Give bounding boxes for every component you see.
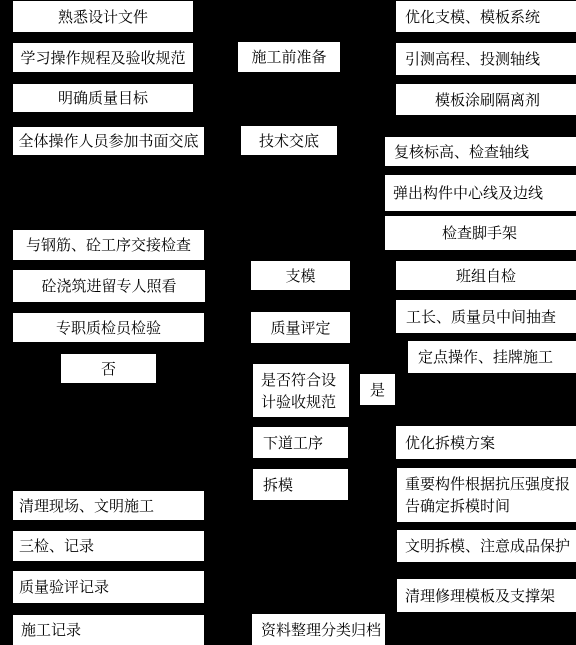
node-inspector-check: 专职质检员检验 [13,313,204,342]
flowchart-canvas: 熟悉设计文件 学习操作规程及验收规范 明确质量目标 全体操作人员参加书面交底 与… [0,0,576,645]
node-quality-eval: 质量评定 [251,312,350,343]
node-learn-rules: 学习操作规程及验收规范 [13,43,193,72]
node-civilized-strip: 文明拆模、注意成品保护 [397,530,576,562]
node-survey-axes: 引测高程、投测轴线 [396,43,576,75]
node-site-clean: 清理现场、文明施工 [13,491,204,520]
node-written-briefing: 全体操作人员参加书面交底 [13,127,204,155]
node-concrete-watch: 砼浇筑进留专人照看 [13,270,205,302]
node-optimize-formwork: 优化支模、模板系统 [396,1,576,32]
node-recheck-elevation: 复核标高、检查轴线 [385,137,576,166]
node-pre-construction: 施工前准备 [238,42,340,72]
node-familiarize-docs: 熟悉设计文件 [13,1,193,32]
node-strength-report: 重要构件根据抗压强度报告确定拆模时间 [397,468,576,522]
node-construction-log: 施工记录 [13,615,204,645]
node-strip-formwork: 拆模 [253,469,348,500]
node-snap-lines: 弹出构件中心线及边线 [385,175,576,211]
node-fixed-point: 定点操作、挂牌施工 [408,341,576,373]
node-archive: 资料整理分类归档 [252,614,385,645]
node-three-checks: 三检、记录 [13,531,204,561]
node-optimize-stripping: 优化拆模方案 [396,426,576,459]
node-decision-no: 否 [61,354,156,383]
node-scaffold-check: 检查脚手架 [385,216,576,250]
node-formwork: 支模 [251,261,350,290]
node-team-self-check: 班组自检 [396,261,576,290]
node-decision-yes: 是 [360,374,395,405]
node-meets-spec-decision: 是否符合设计验收规范 [253,364,349,417]
node-release-agent: 模板涂刷隔离剂 [396,84,576,115]
node-handover-check: 与钢筋、砼工序交接检查 [13,230,204,260]
node-foreman-check: 工长、质量员中间抽查 [396,300,576,333]
node-quality-records: 质量验评记录 [13,571,204,603]
node-clean-repair: 清理修理模板及支撑架 [397,579,576,612]
node-tech-briefing: 技术交底 [241,126,337,155]
node-quality-goal: 明确质量目标 [13,84,193,112]
node-next-process: 下道工序 [253,427,348,458]
